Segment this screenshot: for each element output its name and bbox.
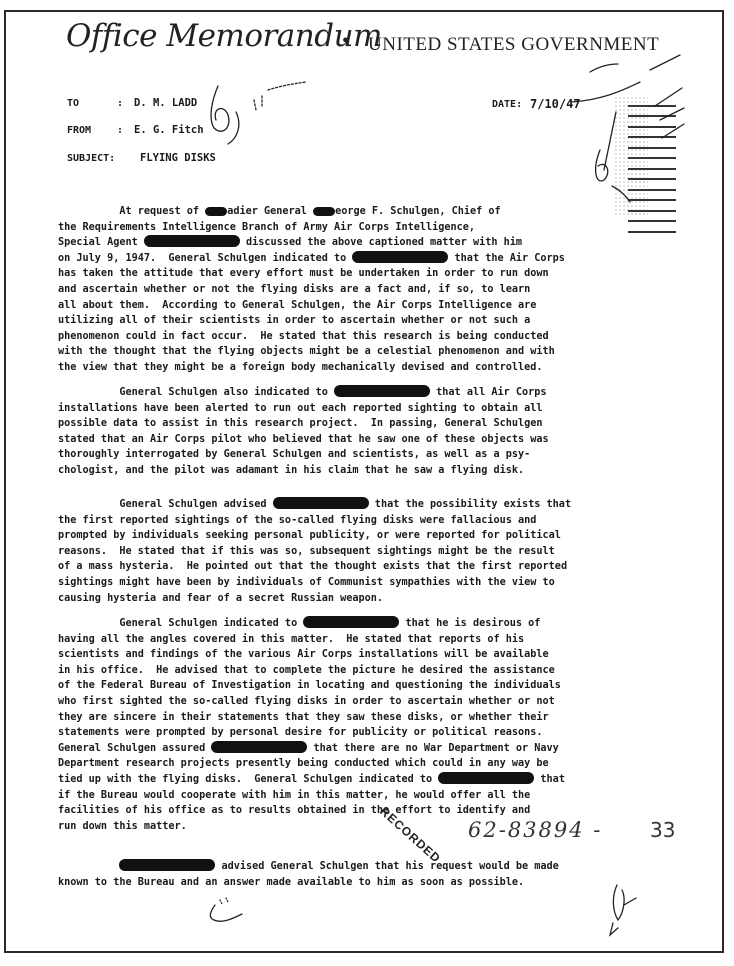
text-line: utilizing all of their scientists in ord… — [58, 313, 698, 329]
memo-title: Office Memorandum — [66, 18, 382, 54]
text-line: who first sighted the so-called flying d… — [58, 694, 698, 710]
routing-slip — [614, 96, 676, 216]
text-line: on July 9, 1947. General Schulgen indica… — [58, 251, 698, 267]
text-line: General Schulgen indicated to that he is… — [58, 616, 698, 632]
redaction-bar — [144, 235, 240, 247]
text-line: phenomenon could in fact occur. He state… — [58, 329, 698, 345]
redaction-bar — [119, 859, 215, 871]
text-line: prompted by individuals seeking personal… — [58, 528, 698, 544]
subject-label: SUBJECT: — [67, 153, 115, 164]
text-line: known to the Bureau and an answer made a… — [58, 875, 698, 891]
paragraph: General Schulgen advised that the possib… — [58, 497, 698, 606]
text-line: the view that they might be a foreign bo… — [58, 360, 698, 376]
text-line: reasons. He stated that if this was so, … — [58, 544, 698, 560]
text-line: having all the angles covered in this ma… — [58, 632, 698, 648]
text-line: scientists and findings of the various A… — [58, 647, 698, 663]
text-line: all about them. According to General Sch… — [58, 298, 698, 314]
text-line: General Schulgen also indicated to that … — [58, 385, 698, 401]
paragraph: At request of adier General eorge F. Sch… — [58, 204, 698, 376]
text-line: of a mass hysteria. He pointed out that … — [58, 559, 698, 575]
serial-number: 33 — [650, 818, 675, 842]
from-value: E. G. Fitch — [134, 124, 204, 136]
to-colon: : — [117, 98, 123, 109]
text-line: in his office. He advised that to comple… — [58, 663, 698, 679]
date-value: 7/10/47 — [530, 97, 581, 111]
redaction-bar — [334, 385, 430, 397]
text-line: of the Federal Bureau of Investigation i… — [58, 678, 698, 694]
to-label: TO — [67, 98, 79, 109]
text-line: sightings might have been by individuals… — [58, 575, 698, 591]
text-line: installations have been alerted to run o… — [58, 401, 698, 417]
text-line: Department research projects presently b… — [58, 756, 698, 772]
text-line: General Schulgen advised that the possib… — [58, 497, 698, 513]
text-line: At request of adier General eorge F. Sch… — [58, 204, 698, 220]
from-label: FROM — [67, 125, 91, 136]
text-line: and ascertain whether or not the flying … — [58, 282, 698, 298]
to-value: D. M. LADD — [134, 97, 197, 109]
text-line: thoroughly interrogated by General Schul… — [58, 447, 698, 463]
text-line: General Schulgen assured that there are … — [58, 741, 698, 757]
redaction-mark — [313, 207, 335, 216]
redaction-bar — [303, 616, 399, 628]
text-line: the Requirements Intelligence Branch of … — [58, 220, 698, 236]
redaction-bar — [438, 772, 534, 784]
text-line: advised General Schulgen that his reques… — [58, 859, 698, 875]
text-line: statements were prompted by personal des… — [58, 725, 698, 741]
text-line: facilities of his office as to results o… — [58, 803, 698, 819]
text-line: if the Bureau would cooperate with him i… — [58, 788, 698, 804]
subject-value: FLYING DISKS — [140, 152, 216, 164]
text-line: they are sincere in their statements tha… — [58, 710, 698, 726]
paragraph: General Schulgen also indicated to that … — [58, 385, 698, 479]
routing-names — [614, 96, 648, 216]
text-line: the first reported sightings of the so-c… — [58, 513, 698, 529]
file-number: 62-83894 - — [468, 818, 602, 842]
title-separator: • — [342, 30, 349, 53]
text-line: stated that an Air Corps pilot who belie… — [58, 432, 698, 448]
text-line: causing hysteria and fear of a secret Ru… — [58, 591, 698, 607]
text-line: tied up with the flying disks. General S… — [58, 772, 698, 788]
redaction-mark — [205, 207, 227, 216]
text-line: Special Agent discussed the above captio… — [58, 235, 698, 251]
issuer: UNITED STATES GOVERNMENT — [368, 34, 659, 56]
text-line: possible data to assist in this research… — [58, 416, 698, 432]
text-line: has taken the attitude that every effort… — [58, 266, 698, 282]
redaction-bar — [273, 497, 369, 509]
redaction-bar — [211, 741, 307, 753]
text-line: chologist, and the pilot was adamant in … — [58, 463, 698, 479]
paragraph: General Schulgen indicated to that he is… — [58, 616, 698, 834]
from-colon: : — [117, 125, 123, 136]
text-line: with the thought that the flying objects… — [58, 344, 698, 360]
redaction-bar — [352, 251, 448, 263]
date-label: DATE: — [492, 99, 522, 110]
paragraph: advised General Schulgen that his reques… — [58, 859, 698, 890]
